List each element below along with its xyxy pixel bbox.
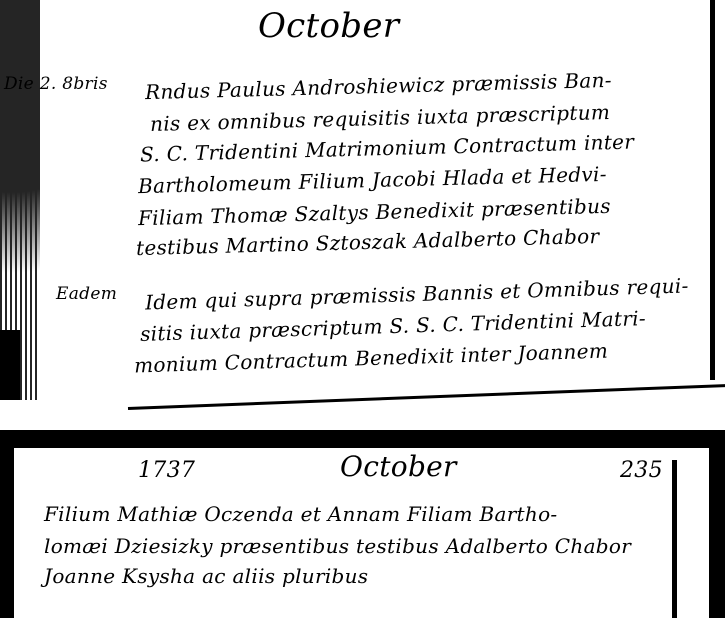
fragment-gap [0,410,725,430]
page-number: 235 [620,458,663,483]
page-edge-right [709,430,725,618]
entry-line: lomæi Dziesizky præsentibus testibus Ada… [44,534,631,558]
entry-line: Filium Mathiæ Oczenda et Annam Filiam Ba… [44,502,557,526]
year-heading: 1737 [138,458,195,483]
page-margin-line [672,460,677,618]
page-top-edge-shadow [0,430,725,448]
entry-line: nis ex omnibus requisitis iuxta præscrip… [150,100,611,136]
entry-line: Rndus Paulus Androshiewicz præmissis Ban… [145,68,612,104]
entry-separator-rule [128,384,725,410]
entry-line: monium Contractum Benedixit inter Joanne… [134,339,609,378]
entry-date-note: Die 2. 8bris [4,74,108,94]
register-page-bottom: 1737 October 235 Filium Mathiæ Oczenda e… [0,430,725,618]
page-edge-shadow-left-lower [0,330,20,400]
register-page-top: October Die 2. 8bris Rndus Paulus Andros… [0,0,725,410]
entry-line: testibus Martino Sztoszak Adalberto Chab… [136,224,600,260]
month-heading: October [258,6,399,46]
page-edge-right [710,0,715,380]
month-heading: October [340,450,457,483]
page-edge-left [0,430,14,618]
entry-line: S. C. Tridentini Matrimonium Contractum … [140,130,635,167]
entry-line: Bartholomeum Filium Jacobi Hlada et Hedv… [138,162,607,198]
entry-line: Joanne Ksysha ac aliis pluribus [44,564,368,588]
entry-date-note: Eadem [56,284,117,304]
